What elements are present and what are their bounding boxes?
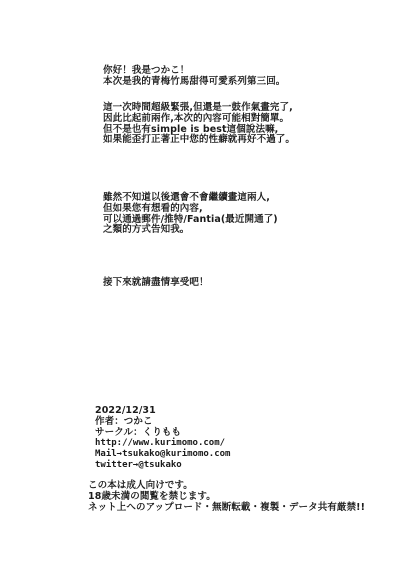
intro-paragraph: 你好！我是つかこ！ 本次是我的青梅竹馬甜得可愛系列第三回。 [103, 66, 285, 88]
adult-warning-block: この本は成人向けです。 18歳未満の閲覧を禁じます。 ネット上へのアップロード・… [88, 481, 365, 513]
mail-address: Mail→tsukako@kurimomo.com [95, 449, 230, 460]
warning-line: ネット上へのアップロード・無断転載・複製・データ共有厳禁!! [88, 503, 365, 514]
closing-line: 接下來就請盡情享受吧！ [103, 278, 209, 289]
paragraph-line: 因此比起前兩作,本次的內容可能相對簡單。 [103, 114, 295, 125]
body-paragraph-1: 這一次時間超級緊張,但還是一鼓作氣畫完了, 因此比起前兩作,本次的內容可能相對簡… [103, 103, 295, 146]
paragraph-line: 之類的方式告知我。 [103, 225, 278, 236]
intro-line: 本次是我的青梅竹馬甜得可愛系列第三回。 [103, 77, 285, 88]
afterword-page: 你好！我是つかこ！ 本次是我的青梅竹馬甜得可愛系列第三回。 這一次時間超級緊張,… [0, 0, 400, 565]
paragraph-line: 如果能歪打正著正中您的性癖就再好不過了。 [103, 135, 295, 146]
closing-paragraph: 接下來就請盡情享受吧！ [103, 278, 209, 289]
author-text: 作者：つかこ [95, 417, 230, 428]
credits-block: 2022/12/31 作者：つかこ サークル：くりもも http://www.k… [95, 406, 230, 471]
twitter-handle: twitter→@tsukako [95, 460, 230, 471]
warning-line: 18歳未満の閲覧を禁じます。 [88, 492, 365, 503]
paragraph-line: 但如果您有想看的內容, [103, 204, 278, 215]
body-paragraph-2: 雖然不知道以後還會不會繼續畫這兩人, 但如果您有想看的內容, 可以通過郵件/推特… [103, 193, 278, 236]
circle-text: サークル：くりもも [95, 428, 230, 439]
website-url: http://www.kurimomo.com/ [95, 438, 230, 449]
